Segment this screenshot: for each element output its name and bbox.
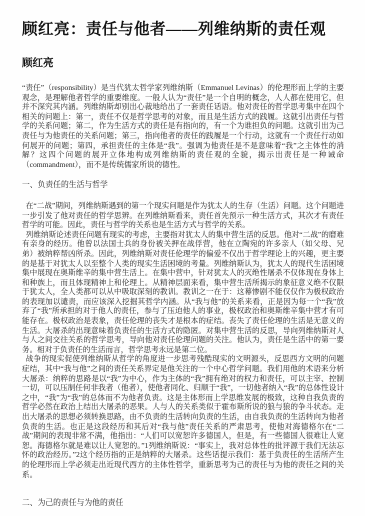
section-2-heading: 二、为己的责任与为他的责任	[22, 498, 344, 508]
section-1-paragraph-2: 列维纳斯论述责任问题有现实的考虑，主要指对犹太人的集中营生活的反思。他对“二战”…	[22, 230, 344, 355]
document-page: 顾红亮：责任与他者——列维纳斯的责任观 顾红亮 “责任”（responsibil…	[0, 0, 365, 516]
section-1-paragraph-3: 战争的现实促使列维纳斯从哲学的角度进一步思考残酷现实的文明源头，反思西方文明的问…	[22, 354, 344, 479]
article-title: 顾红亮：责任与他者——列维纳斯的责任观	[22, 20, 344, 40]
intro-paragraph: “责任”（responsibility）是当代犹太哲学家列维纳斯（Emmanue…	[22, 83, 344, 169]
author-name: 顾红亮	[22, 55, 344, 70]
section-1-heading: 一、负责任的生活与哲学	[22, 180, 344, 190]
section-1-paragraph-1: 在“二战”期间，列维纳斯遇到的第一个现实问题是作为犹太人的生存（生活）问题。这个…	[22, 201, 344, 230]
